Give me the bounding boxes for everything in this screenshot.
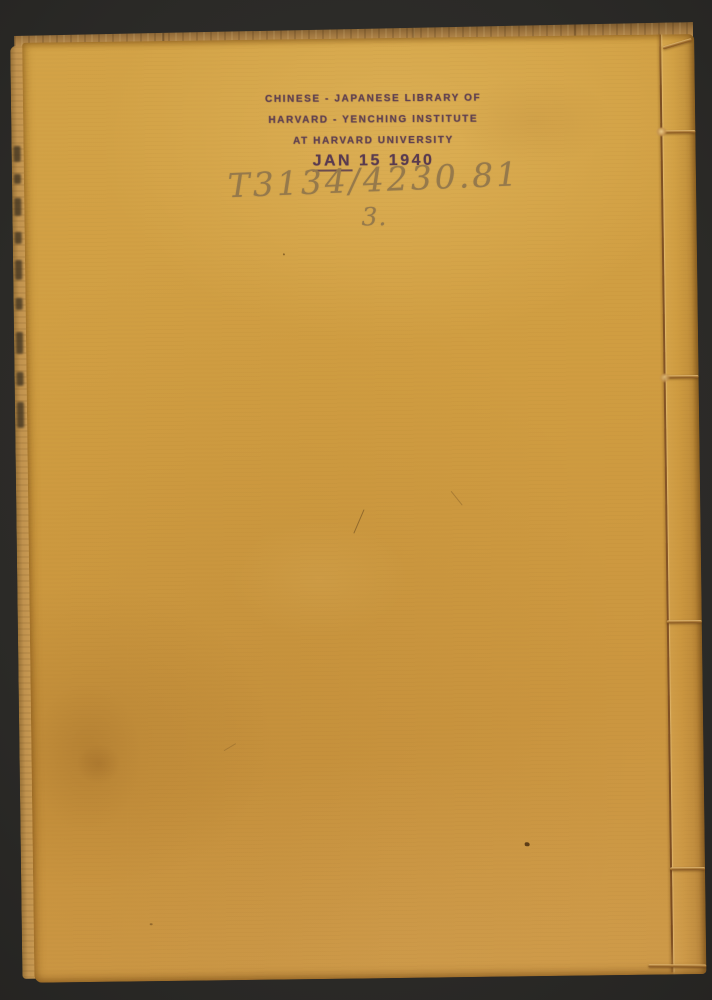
dust-speck [150, 923, 153, 925]
paper-fiber [353, 509, 364, 533]
stain [31, 681, 143, 832]
stain [228, 518, 410, 640]
stain [76, 744, 121, 785]
paper-fiber [451, 491, 463, 506]
photo-background: CHINESE - JAPANESE LIBRARY OF HARVARD - … [0, 0, 712, 1000]
fore-edge-ink-mark [16, 372, 23, 386]
fore-edge-ink-mark [15, 232, 22, 244]
dust-speck [283, 253, 285, 255]
binding-stitch-corner [648, 964, 706, 967]
fore-edge-ink-mark [15, 298, 22, 310]
fore-edge-ink-mark [14, 174, 21, 184]
volume-number: 3. [204, 200, 544, 233]
fore-edge-ink-mark [17, 402, 24, 428]
thread-bound-book: CHINESE - JAPANESE LIBRARY OF HARVARD - … [10, 22, 706, 983]
dust-speck [525, 842, 530, 846]
paper-fiber [224, 743, 237, 751]
fore-edge-ink-mark [14, 146, 21, 162]
call-number: T3134/4230.81 [203, 153, 544, 206]
fore-edge-ink-mark [14, 198, 21, 216]
stamp-line-3: AT HARVARD UNIVERSITY [213, 129, 533, 152]
fore-edge-ink-mark [15, 260, 22, 280]
binding-stitch [667, 620, 702, 623]
binding-stitch [670, 867, 705, 870]
book-cover: CHINESE - JAPANESE LIBRARY OF HARVARD - … [22, 34, 706, 983]
stamp-line-1: CHINESE - JAPANESE LIBRARY OF [213, 87, 533, 110]
fore-edge-ink-mark [16, 332, 23, 354]
call-number-handwriting: T3134/4230.81 3. [204, 158, 545, 233]
binding-margin [661, 34, 706, 974]
stamp-line-2: HARVARD - YENCHING INSTITUTE [213, 108, 533, 131]
